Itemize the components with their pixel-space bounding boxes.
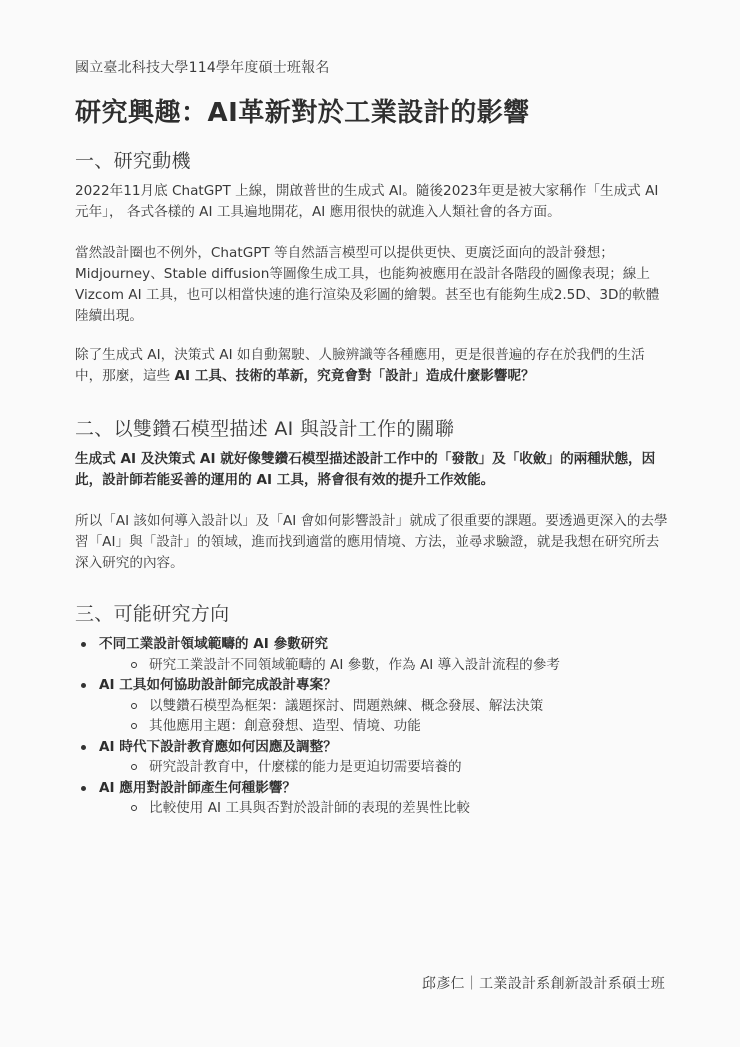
bullet-icon <box>81 786 86 791</box>
paragraph: 2022年11月底 ChatGPT 上線，開啟普世的生成式 AI。隨後2023年… <box>75 181 670 223</box>
paragraph: 當然設計圈也不例外，ChatGPT 等自然語言模型可以提供更快、更廣泛面向的設計… <box>75 243 670 327</box>
list-item: 不同工業設計領域範疇的 AI 參數研究 研究工業設計不同領域範疇的 AI 參數，… <box>75 634 675 675</box>
list-item: AI 應用對設計師產生何種影響？ 比較使用 AI 工具與否對於設計師的表現的差異… <box>75 778 675 819</box>
paragraph: 所以「AI 該如何導入設計以」及「AI 會如何影響設計」就成了很重要的課題。要透… <box>75 511 670 574</box>
circle-bullet-icon <box>131 805 137 811</box>
bullet-icon <box>81 745 86 750</box>
circle-bullet-icon <box>131 662 137 668</box>
sub-list-item: 研究工業設計不同領域範疇的 AI 參數，作為 AI 導入設計流程的參考 <box>99 655 675 676</box>
list-item: AI 工具如何協助設計師完成設計專案？ 以雙鑽石模型為框架：議題探討、問題熟練、… <box>75 675 675 737</box>
circle-bullet-icon <box>131 703 137 709</box>
list-item: AI 時代下設計教育應如何因應及調整？ 研究設計教育中，什麼樣的能力是更迫切需要… <box>75 737 675 778</box>
sub-list-item: 比較使用 AI 工具與否對於設計師的表現的差異性比較 <box>99 798 675 819</box>
sub-list-item: 其他應用主題：創意發想、造型、情境、功能 <box>99 716 675 737</box>
circle-bullet-icon <box>131 723 137 729</box>
sub-list-item: 研究設計教育中，什麼樣的能力是更迫切需要培養的 <box>99 757 675 778</box>
paragraph-emphasis: AI 工具、技術的革新，究竟會對「設計」造成什麼影響呢？ <box>174 368 534 384</box>
section-heading-research-directions: 三、可能研究方向 <box>75 599 229 626</box>
institution-header: 國立臺北科技大學114學年度碩士班報名 <box>75 57 330 77</box>
paragraph-emphasis: 生成式 AI 及決策式 AI 就好像雙鑽石模型描述設計工作中的「發散」及「收斂」… <box>75 449 670 491</box>
research-directions-list: 不同工業設計領域範疇的 AI 參數研究 研究工業設計不同領域範疇的 AI 參數，… <box>75 634 675 819</box>
bullet-icon <box>81 683 86 688</box>
paragraph: 除了生成式 AI，決策式 AI 如自動駕駛、人臉辨識等各種應用，更是很普遍的存在… <box>75 345 670 387</box>
page-title: 研究興趣：AI革新對於工業設計的影響 <box>75 92 530 129</box>
section-heading-motivation: 一、研究動機 <box>75 146 191 173</box>
author-footer: 邱彥仁｜工業設計系創新設計系碩士班 <box>422 973 665 993</box>
circle-bullet-icon <box>131 764 137 770</box>
sub-list-item: 以雙鑽石模型為框架：議題探討、問題熟練、概念發展、解法決策 <box>99 696 675 717</box>
bullet-icon <box>81 642 86 647</box>
section-heading-double-diamond: 二、以雙鑽石模型描述 AI 與設計工作的關聯 <box>75 414 454 441</box>
